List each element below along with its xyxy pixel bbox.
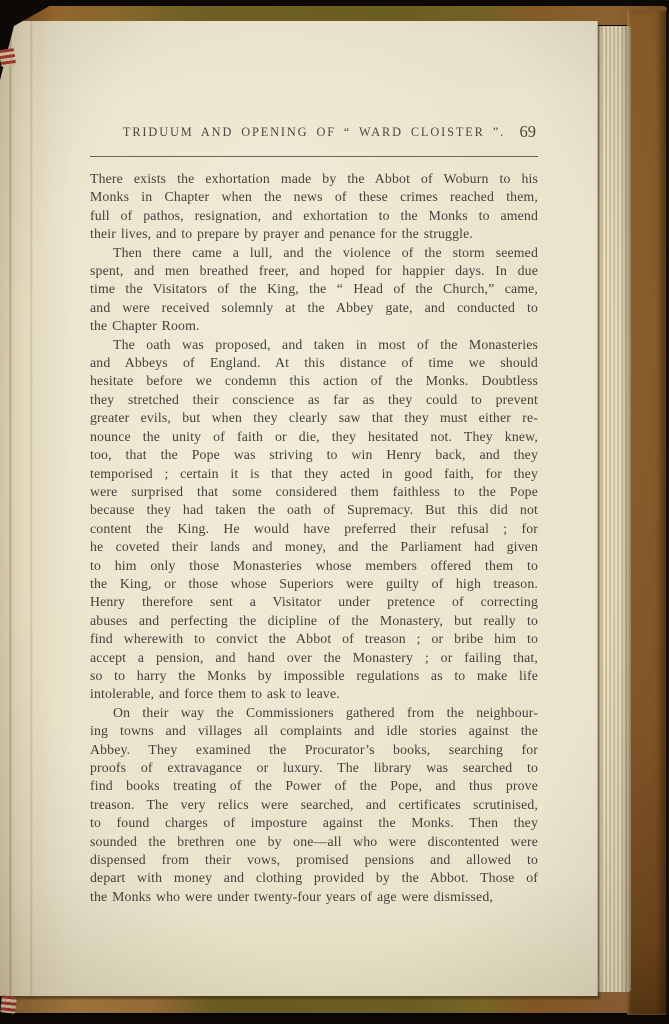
text-line: ing towns and villages all complaints an… [90, 722, 538, 740]
running-title: TRIDUUM AND OPENING OF “ WARD CLOISTER ”… [123, 125, 505, 139]
text-line: There exists the exhortation made by the… [90, 170, 538, 188]
paragraph: The oath was proposed, and taken in most… [90, 336, 538, 704]
page-text: There exists the exhortation made by the… [90, 170, 538, 906]
paragraph: There exists the exhortation made by the… [90, 170, 538, 244]
book-photograph: TRIDUUM AND OPENING OF “ WARD CLOISTER ”… [0, 0, 669, 1024]
book-page: TRIDUUM AND OPENING OF “ WARD CLOISTER ”… [0, 21, 598, 996]
text-line: the King, or those whose Superiors were … [90, 575, 538, 593]
text-column: TRIDUUM AND OPENING OF “ WARD CLOISTER ”… [90, 125, 538, 906]
text-line: full of pathos, resignation, and exhorta… [90, 207, 538, 225]
text-line: time the Visitators of the King, the “ H… [90, 280, 538, 298]
endband-bottom [0, 995, 17, 1013]
text-line: and were received solemnly at the Abbey … [90, 299, 538, 317]
text-line: to him only those Monasteries whose memb… [90, 557, 538, 575]
text-line: greater evils, but when they clearly saw… [90, 409, 538, 427]
text-line: sounded the brethren one by one—all who … [90, 833, 538, 851]
paragraph: On their way the Commissioners gathered … [90, 704, 538, 906]
text-line: Then there came a lull, and the violence… [90, 244, 538, 262]
text-line: to found charges of imposture against th… [90, 814, 538, 832]
text-line: nounce the unity of faith or die, they h… [90, 428, 538, 446]
text-line: abuses and perfecting the dicipline of t… [90, 612, 538, 630]
text-line: too, that the Pope was striving to win H… [90, 446, 538, 464]
text-line: content the King. He would have preferre… [90, 520, 538, 538]
text-line: were surprised that some considered them… [90, 483, 538, 501]
endband-top [0, 48, 16, 67]
text-line: treason. The very relics were searched, … [90, 796, 538, 814]
text-line: spent, and men breathed freer, and hoped… [90, 262, 538, 280]
text-line: Henry therefore sent a Visitator under p… [90, 593, 538, 611]
text-line: accept a pension, and hand over the Mona… [90, 649, 538, 667]
paragraph: Then there came a lull, and the violence… [90, 244, 538, 336]
text-line: so to harry the Monks by impossible regu… [90, 667, 538, 685]
text-line: proofs of extravagance or luxury. The li… [90, 759, 538, 777]
page-number: 69 [520, 122, 537, 142]
text-line: the Monks who were under twenty-four yea… [90, 888, 538, 906]
page-gutter-crease [0, 21, 74, 996]
text-line: and Abbeys of England. At this distance … [90, 354, 538, 372]
text-line: find wherewith to convict the Abbot of t… [90, 630, 538, 648]
text-line: Abbey. They examined the Procurator’s bo… [90, 741, 538, 759]
text-line: they stretched their conscience as far a… [90, 391, 538, 409]
text-line: intolerable, and force them to ask to le… [90, 685, 538, 703]
text-line: their lives, and to prepare by prayer an… [90, 225, 538, 243]
text-line: find books treating of the Power of the … [90, 777, 538, 795]
text-line: because they had taken the oath of Supre… [90, 501, 538, 519]
text-line: depart with money and clothing provided … [90, 869, 538, 887]
text-line: On their way the Commissioners gathered … [90, 704, 538, 722]
text-line: the Chapter Room. [90, 317, 538, 335]
text-line: temporised ; certain it is that they act… [90, 465, 538, 483]
text-line: The oath was proposed, and taken in most… [90, 336, 538, 354]
text-line: dispensed from their vows, promised pens… [90, 851, 538, 869]
header-rule [90, 156, 538, 157]
text-line: he coveted their lands and money, and th… [90, 538, 538, 556]
text-line: Monks in Chapter when the news of these … [90, 188, 538, 206]
text-line: hesitate before we condemn this action o… [90, 372, 538, 390]
page-header: TRIDUUM AND OPENING OF “ WARD CLOISTER ”… [90, 125, 538, 145]
book-cover-right [627, 10, 669, 1015]
page-fore-edge-stack [595, 26, 631, 992]
